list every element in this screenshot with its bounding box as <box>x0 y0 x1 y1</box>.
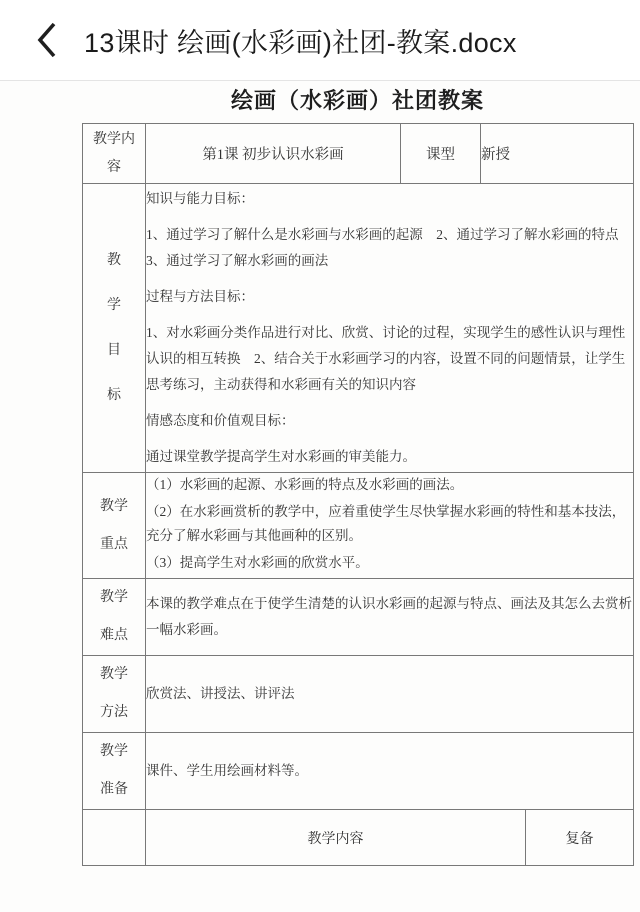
table-row-preparation: 教学 准备 课件、学生用绘画材料等。 <box>83 733 634 810</box>
goals-paragraph: 1、通过学习了解什么是水彩画与水彩画的起源 2、通过学习了解水彩画的特点 3、通… <box>146 222 633 274</box>
row-label-preparation: 教学 准备 <box>83 733 146 810</box>
row-label-line: 准备 <box>83 771 145 809</box>
screen: 13课时 绘画(水彩画)社团-教案.docx 绘画（水彩画）社团教案 教学内 容… <box>0 0 640 912</box>
difficulties-paragraph: 本课的教学难点在于使学生清楚的认识水彩画的起源与特点、画法及其怎么去赏析一幅水彩… <box>146 591 633 643</box>
row-label-teaching-goals: 教 学 目 标 <box>83 184 146 473</box>
cell-course-type-value: 新授 <box>481 124 634 184</box>
row-label-line: 学 <box>83 283 145 328</box>
row-label-line: 教学 <box>83 733 145 771</box>
table-row-teaching-content: 教学内 容 第1课 初步认识水彩画 课型 新授 <box>83 124 634 184</box>
cell-methods: 欣赏法、讲授法、讲评法 <box>146 656 634 733</box>
goals-paragraph: 情感态度和价值观目标： <box>146 408 633 434</box>
row-label-line: 难点 <box>83 617 145 655</box>
key-points-paragraph: （2）在水彩画赏析的教学中，应着重使学生尽快掌握水彩画的特性和基本技法，充分了解… <box>146 500 633 548</box>
table-row-methods: 教学 方法 欣赏法、讲授法、讲评法 <box>83 656 634 733</box>
row-label-line: 教学内 <box>83 126 145 154</box>
lesson-plan-table: 教学内 容 第1课 初步认识水彩画 课型 新授 教 学 目 标 知识与能力目标：… <box>82 123 634 866</box>
chevron-left-icon <box>35 20 59 60</box>
table-row-teaching-goals: 教 学 目 标 知识与能力目标： 1、通过学习了解什么是水彩画与水彩画的起源 2… <box>83 184 634 473</box>
row-label-difficulties: 教学 难点 <box>83 579 146 656</box>
row-label-line: 重点 <box>83 526 145 564</box>
row-label-line: 教学 <box>83 488 145 526</box>
key-points-paragraph: （3）提高学生对水彩画的欣赏水平。 <box>146 551 633 575</box>
row-label-line: 教学 <box>83 656 145 694</box>
table-row-difficulties: 教学 难点 本课的教学难点在于使学生清楚的认识水彩画的起源与特点、画法及其怎么去… <box>83 579 634 656</box>
cell-footer-empty <box>83 810 146 866</box>
goals-paragraph: 1、对水彩画分类作品进行对比、欣赏、讨论的过程，实现学生的感性认识与理性认识的相… <box>146 320 633 398</box>
goals-paragraph: 通过课堂教学提高学生对水彩画的审美能力。 <box>146 444 633 470</box>
row-label-key-points: 教学 重点 <box>83 473 146 579</box>
row-label-line: 目 <box>83 328 145 373</box>
cell-lesson-name: 第1课 初步认识水彩画 <box>146 124 401 184</box>
row-label-methods: 教学 方法 <box>83 656 146 733</box>
row-label-teaching-content: 教学内 容 <box>83 124 146 184</box>
file-title: 13课时 绘画(水彩画)社团-教案.docx <box>84 21 517 60</box>
cell-key-points: （1）水彩画的起源、水彩画的特点及水彩画的画法。 （2）在水彩画赏析的教学中，应… <box>146 473 634 579</box>
row-label-line: 教 <box>83 238 145 283</box>
goals-paragraph: 过程与方法目标： <box>146 284 633 310</box>
cell-difficulties: 本课的教学难点在于使学生清楚的认识水彩画的起源与特点、画法及其怎么去赏析一幅水彩… <box>146 579 634 656</box>
cell-footer-remark-header: 复备 <box>526 810 634 866</box>
row-label-line: 教学 <box>83 579 145 617</box>
goals-paragraph: 知识与能力目标： <box>146 186 633 212</box>
key-points-paragraph: （1）水彩画的起源、水彩画的特点及水彩画的画法。 <box>146 473 633 497</box>
cell-preparation: 课件、学生用绘画材料等。 <box>146 733 634 810</box>
document-page[interactable]: 绘画（水彩画）社团教案 教学内 容 第1课 初步认识水彩画 课型 新授 教 学 <box>0 81 640 912</box>
document-title: 绘画（水彩画）社团教案 <box>82 84 633 115</box>
table-row-key-points: 教学 重点 （1）水彩画的起源、水彩画的特点及水彩画的画法。 （2）在水彩画赏析… <box>83 473 634 579</box>
app-bar: 13课时 绘画(水彩画)社团-教案.docx <box>0 0 640 81</box>
cell-course-type-label: 课型 <box>401 124 481 184</box>
cell-teaching-goals: 知识与能力目标： 1、通过学习了解什么是水彩画与水彩画的起源 2、通过学习了解水… <box>146 184 634 473</box>
methods-paragraph: 欣赏法、讲授法、讲评法 <box>146 681 633 707</box>
back-button[interactable] <box>32 19 62 61</box>
row-label-line: 标 <box>83 373 145 418</box>
cell-footer-content-header: 教学内容 <box>146 810 526 866</box>
preparation-paragraph: 课件、学生用绘画材料等。 <box>146 758 633 784</box>
table-row-footer-headers: 教学内容 复备 <box>83 810 634 866</box>
row-label-line: 容 <box>83 154 145 182</box>
row-label-line: 方法 <box>83 694 145 732</box>
